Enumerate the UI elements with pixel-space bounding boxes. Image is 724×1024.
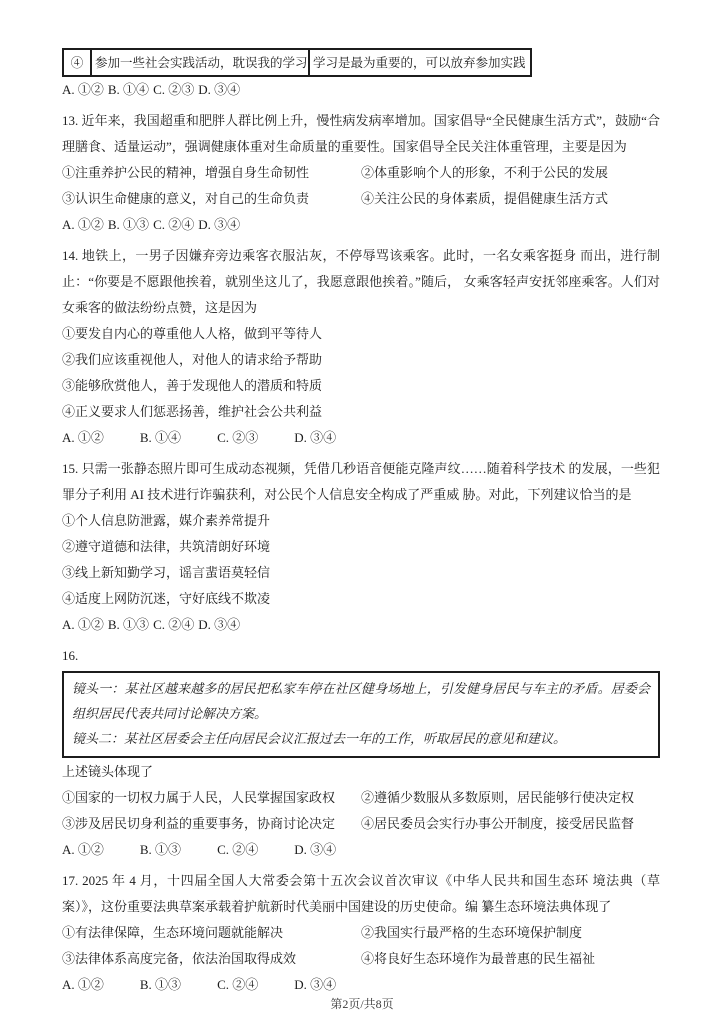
answer-choice-c: C. ②④ (153, 212, 194, 238)
option-1: ①注重养护公民的精神，增强自身生命韧性 (62, 160, 361, 186)
option-1: ①要发自内心的尊重他人人格，做到平等待人 (62, 321, 660, 347)
answer-choice-b: B. ①③ (108, 212, 149, 238)
answer-choices: A. ①② B. ①③ C. ②④ D. ③④ (62, 612, 660, 638)
option-list: ①有法律保障，生态环境问题就能解决 ②我国实行最严格的生态环境保护制度 ③法律体… (62, 920, 660, 972)
option-2: ②体重影响个人的形象，不利于公民的发展 (361, 160, 660, 186)
option-1: ①个人信息防泄露，媒介素养常提升 (62, 508, 660, 534)
answer-choice-d: D. ③④ (294, 425, 336, 451)
answer-choice-a: A. ①② (62, 837, 104, 863)
question-17: 17. 2025 年 4 月，十四届全国人大常委会第十五次会议首次审议《中华人民… (62, 868, 660, 998)
table-cell-right: 学习是最为重要的，可以放弃参加实践 (310, 50, 534, 75)
scenario-scene-1: 镜头一：某社区越来越多的居民把私家车停在社区健身场地上，引发健身居民与车主的矛盾… (72, 676, 650, 726)
question-16: 16. 镜头一：某社区越来越多的居民把私家车停在社区健身场地上，引发健身居民与车… (62, 643, 660, 863)
question-14: 14. 地铁上，一男子因嫌弃旁边乘客衣服沾灰，不停辱骂该乘客。此时，一名女乘客挺… (62, 243, 660, 451)
answer-choice-b: B. ①③ (108, 612, 149, 638)
statement-table-fragment: ④ 参加一些社会实践活动，耽误我的学习 学习是最为重要的，可以放弃参加实践 (62, 48, 532, 77)
answer-choice-d: D. ③④ (198, 77, 240, 103)
option-2: ②遵循少数服从多数原则，居民能够行使决定权 (361, 785, 660, 811)
option-3: ③认识生命健康的意义，对自己的生命负责 (62, 186, 361, 212)
answer-choice-a: A. ①② (62, 612, 104, 638)
question-stem: 14. 地铁上，一男子因嫌弃旁边乘客衣服沾灰，不停辱骂该乘客。此时，一名女乘客挺… (62, 243, 660, 321)
answer-choices: A. ①② B. ①③ C. ②④ D. ③④ (62, 212, 660, 238)
answer-choice-a: A. ①② (62, 425, 104, 451)
answer-choice-d: D. ③④ (198, 612, 240, 638)
option-2: ②遵守道德和法律，共筑清朗好环境 (62, 534, 660, 560)
scenario-box: 镜头一：某社区越来越多的居民把私家车停在社区健身场地上，引发健身居民与车主的矛盾… (62, 671, 660, 758)
option-2: ②我国实行最严格的生态环境保护制度 (361, 920, 660, 946)
page-number-footer: 第2页/共8页 (0, 996, 724, 1012)
question-15: 15. 只需一张静态照片即可生成动态视频，凭借几秒语音便能克隆声纹……随着科学技… (62, 456, 660, 638)
option-list: ①要发自内心的尊重他人人格，做到平等待人 ②我们应该重视他人，对他人的请求给予帮… (62, 321, 660, 425)
option-3: ③法律体系高度完备，依法治国取得成效 (62, 946, 361, 972)
exam-page: ④ 参加一些社会实践活动，耽误我的学习 学习是最为重要的，可以放弃参加实践 A.… (0, 0, 724, 1024)
answer-choice-a: A. ①② (62, 77, 104, 103)
option-3: ③能够欣赏他人，善于发现他人的潜质和特质 (62, 373, 660, 399)
answer-choice-d: D. ③④ (294, 972, 336, 998)
option-1: ①有法律保障，生态环境问题就能解决 (62, 920, 361, 946)
scenario-scene-2: 镜头二：某社区居委会主任向居民会议汇报过去一年的工作，听取居民的意见和建议。 (72, 726, 650, 751)
answer-choice-a: A. ①② (62, 972, 104, 998)
question-13: 13. 近年来，我国超重和肥胖人群比例上升，慢性病发病率增加。国家倡导“全民健康… (62, 108, 660, 238)
answer-choice-b: B. ①④ (108, 77, 149, 103)
option-list: ①注重养护公民的精神，增强自身生命韧性 ②体重影响个人的形象，不利于公民的发展 … (62, 160, 660, 212)
answer-choices: A. ①② B. ①④ C. ②③ D. ③④ (62, 425, 660, 451)
answer-choices: A. ①② B. ①④ C. ②③ D. ③④ (62, 77, 660, 103)
answer-choice-c: C. ②④ (217, 837, 258, 863)
option-4: ④正义要求人们惩恶扬善，维护社会公共利益 (62, 399, 660, 425)
option-list: ①国家的一切权力属于人民，人民掌握国家政权 ②遵循少数服从多数原则，居民能够行使… (62, 785, 660, 837)
option-4: ④关注公民的身体素质，提倡健康生活方式 (361, 186, 660, 212)
option-3: ③线上新知勤学习，谣言蜚语莫轻信 (62, 560, 660, 586)
answer-choices: A. ①② B. ①③ C. ②④ D. ③④ (62, 972, 660, 998)
answer-choice-c: C. ②④ (217, 972, 258, 998)
answer-choice-b: B. ①③ (140, 972, 181, 998)
question-stem: 15. 只需一张静态照片即可生成动态视频，凭借几秒语音便能克隆声纹……随着科学技… (62, 456, 660, 508)
option-3: ③涉及居民切身利益的重要事务，协商讨论决定 (62, 811, 361, 837)
table-row-number: ④ (64, 50, 92, 75)
answer-choice-d: D. ③④ (198, 212, 240, 238)
answer-choice-a: A. ①② (62, 212, 104, 238)
option-4: ④居民委员会实行办事公开制度，接受居民监督 (361, 811, 660, 837)
question-lead: 上述镜头体现了 (62, 759, 660, 785)
answer-choice-c: C. ②④ (153, 612, 194, 638)
question-number: 16. (62, 643, 660, 669)
option-4: ④适度上网防沉迷，守好底线不欺凌 (62, 586, 660, 612)
answer-choice-b: B. ①③ (140, 837, 181, 863)
answer-choice-d: D. ③④ (294, 837, 336, 863)
answer-choice-c: C. ②③ (153, 77, 194, 103)
answer-choice-c: C. ②③ (217, 425, 258, 451)
answer-choices: A. ①② B. ①③ C. ②④ D. ③④ (62, 837, 660, 863)
table-cell-left: 参加一些社会实践活动，耽误我的学习 (92, 50, 310, 75)
question-stem: 13. 近年来，我国超重和肥胖人群比例上升，慢性病发病率增加。国家倡导“全民健康… (62, 108, 660, 160)
question-stem: 17. 2025 年 4 月，十四届全国人大常委会第十五次会议首次审议《中华人民… (62, 868, 660, 920)
option-2: ②我们应该重视他人，对他人的请求给予帮助 (62, 347, 660, 373)
option-4: ④将良好生态环境作为最普惠的民生福祉 (361, 946, 660, 972)
option-list: ①个人信息防泄露，媒介素养常提升 ②遵守道德和法律，共筑清朗好环境 ③线上新知勤… (62, 508, 660, 612)
option-1: ①国家的一切权力属于人民，人民掌握国家政权 (62, 785, 361, 811)
answer-choice-b: B. ①④ (140, 425, 181, 451)
